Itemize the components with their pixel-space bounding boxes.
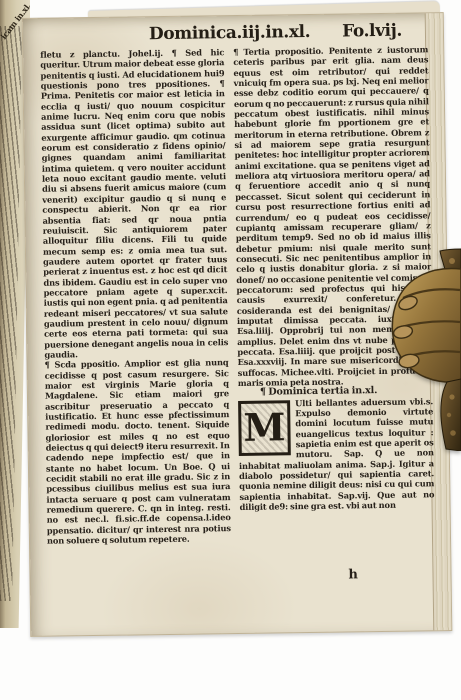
folio-number: Fo.lvij. [342,21,402,42]
woodcut-initial: M [238,400,291,456]
left-column-paragraph: fletu z planctu. Johel.ij. ¶ Sed hic que… [40,47,228,360]
left-column-paragraph: ¶ Scda ppositio. Amplior est glia nunq c… [44,357,231,546]
facing-page-text-lines [0,26,22,601]
woodcut-initial-letter: M [243,409,285,448]
book-photo: icam in.xl. Dominica.iij.in.xl. Fo.lvij.… [0,0,461,700]
text-columns: fletu z planctu. Johel.ij. ¶ Sed hic que… [40,44,436,589]
quire-signature-mark: h [348,567,358,582]
running-header-title: Dominica.iij.in.xl. [149,22,311,44]
brass-clasp [388,247,461,451]
running-header: Dominica.iij.in.xl. Fo.lvij. [23,20,443,46]
left-column: fletu z planctu. Johel.ij. ¶ Sed hic que… [40,47,232,590]
